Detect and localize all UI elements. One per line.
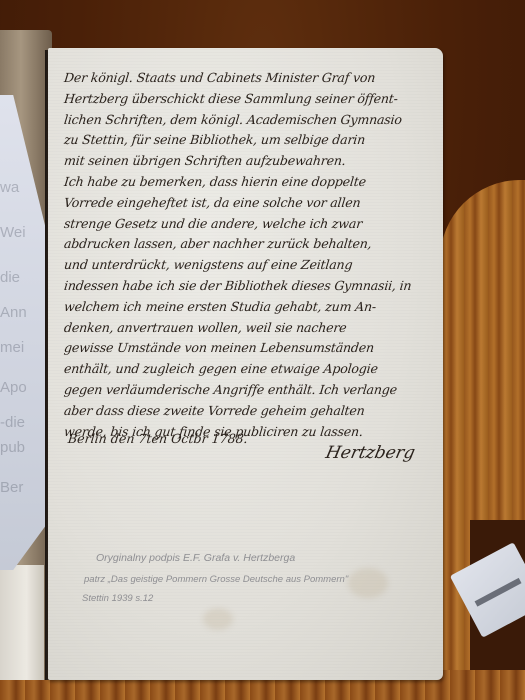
paper-stain [203,608,233,630]
manuscript-line: gewisse Umstände von meinen Lebensumstän… [63,338,437,359]
manuscript-line: lichen Schriften, dem königl. Academisch… [63,110,437,131]
ghost-text: -die [0,410,25,435]
manuscript-line: Hertzberg überschickt diese Sammlung sei… [63,89,437,110]
manuscript-line: abdrucken lassen, aber nachher zurück be… [63,234,437,255]
paper-stain [348,568,388,598]
manuscript-line: und unterdrückt, wenigstens auf eine Zei… [63,255,437,276]
manuscript-page: Der königl. Staats und Cabinets Minister… [48,48,443,680]
ghost-text: Apo [0,375,27,400]
date-line: Berlin den 7ten Octbr 1788. [67,431,248,446]
manuscript-line: strenge Gesetz und die andere, welche ic… [63,214,437,235]
handwritten-text: Der königl. Staats und Cabinets Minister… [64,68,436,442]
manuscript-line: Ich habe zu bemerken, dass hierin eine d… [63,172,437,193]
manuscript-line: mit seinen übrigen Schriften aufzubewahr… [63,151,437,172]
object-stripe [475,578,522,607]
manuscript-line: enthält, und zugleich gegen eine etwaige… [63,359,437,380]
ghost-text: die [0,265,20,290]
signature: Hertzberg [324,443,417,463]
pencil-annotation-line: patrz „Das geistige Pommern Grosse Deuts… [84,574,348,585]
ghost-text: mei [0,335,24,360]
manuscript-line: welchem ich meine ersten Studia gehabt, … [63,297,437,318]
pencil-annotation-line: Oryginalny podpis E.F. Grafa v. Hertzber… [96,552,295,564]
ghost-text: wa [0,175,19,200]
manuscript-line: aber dass diese zweite Vorrede geheim ge… [63,401,437,422]
photo-scene: wa Wei die Ann mei Apo -die pub Ber Der … [0,0,525,700]
manuscript-line: zu Stettin, für seine Bibliothek, um sel… [63,130,437,151]
manuscript-line: gegen verläumderische Angriffe enthält. … [63,380,437,401]
ghost-text: Ber [0,475,23,500]
page-stack [0,565,44,680]
manuscript-line: Vorrede eingeheftet ist, da eine solche … [63,193,437,214]
ghost-text: pub [0,435,25,460]
manuscript-line: denken, anvertrauen wollen, weil sie nac… [63,318,437,339]
pencil-annotation-line: Stettin 1939 s.12 [82,593,153,604]
ghost-text: Ann [0,300,27,325]
ghost-text: Wei [0,220,26,245]
manuscript-line: Der königl. Staats und Cabinets Minister… [63,68,437,89]
manuscript-line: indessen habe ich sie der Bibliothek die… [63,276,437,297]
